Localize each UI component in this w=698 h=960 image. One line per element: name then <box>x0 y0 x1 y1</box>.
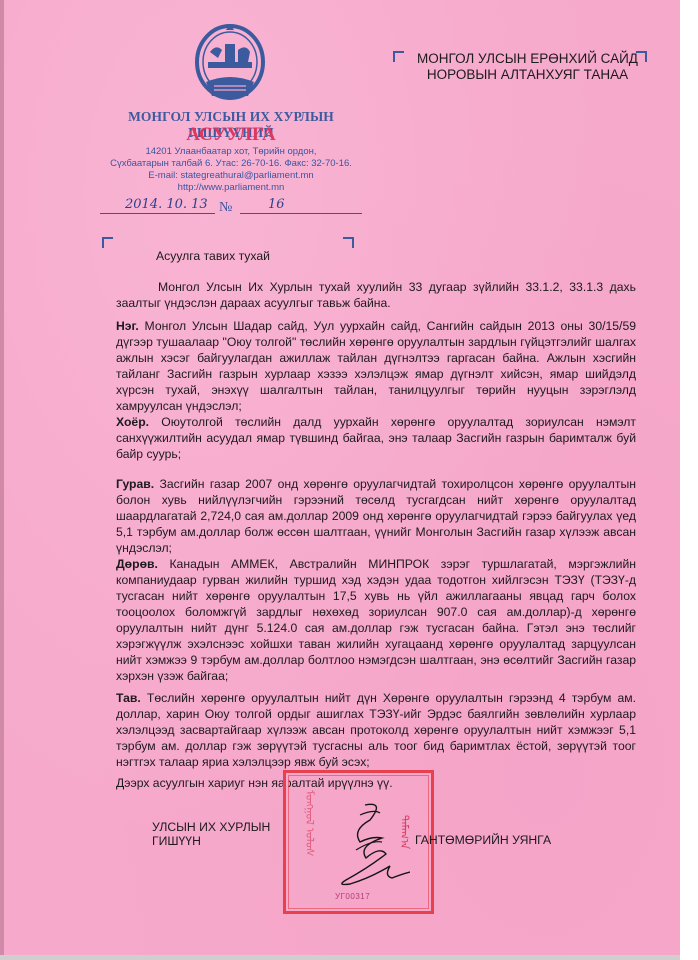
document-page: МОНГОЛ УЛСЫН ИХ ХУРЛЫН ГИШҮҮНИЙ АСУУЛГА … <box>0 0 680 958</box>
page-bottom-edge <box>0 955 680 960</box>
question-label: Гурав. <box>116 477 154 491</box>
question-label: Нэг. <box>116 319 139 333</box>
email-line: E-mail: stategreathural@parliament.mn <box>96 170 366 182</box>
document-type-title: АСУУЛГА <box>96 124 366 146</box>
addressee-title: МОНГОЛ УЛСЫН ЕРӨНХИЙ САЙД <box>405 51 650 67</box>
question-label: Хоёр. <box>116 415 149 429</box>
question-text: Засгийн газар 2007 онд хөрөнгө оруулагчи… <box>116 477 636 555</box>
question-text: Оюутолгой төслийн далд уурхайн хөрөнгө о… <box>116 415 636 461</box>
subject-line: Асуулга тавих тухай <box>156 249 270 263</box>
addressee-bracket-left <box>393 51 404 62</box>
state-emblem-icon <box>192 22 268 102</box>
question-paragraph: Дөрөв. Канадын АММЕК, Австралийн МИНПРОК… <box>116 556 636 684</box>
number-sign: № <box>219 200 232 216</box>
address-line-2: Сүхбаатарын талбай 6. Утас: 26-70-16. Фа… <box>96 158 366 170</box>
date-underline <box>100 213 215 214</box>
handwritten-date: 2014. 10. 13 <box>125 197 208 212</box>
signer-name: ГАНТӨМӨРИЙН УЯНГА <box>415 833 551 847</box>
signer-title-line-2: ГИШҮҮН <box>152 834 270 848</box>
handwritten-number: 16 <box>268 197 285 212</box>
subject-bracket-right <box>343 237 354 248</box>
question-paragraph: Нэг. Монгол Улсын Шадар сайд, Уул уурхай… <box>116 318 636 414</box>
page-edge-shadow <box>0 0 4 958</box>
subject-bracket-left <box>102 237 113 248</box>
addressee: МОНГОЛ УЛСЫН ЕРӨНХИЙ САЙД НОРОВЫН АЛТАНХ… <box>405 51 650 83</box>
question-label: Тав. <box>116 691 141 705</box>
question-text: Монгол Улсын Шадар сайд, Уул уурхайн сай… <box>116 319 636 413</box>
question-paragraph: Тав. Төслийн хөрөнгө оруулалтын нийт дүн… <box>116 690 636 770</box>
question-paragraph: Хоёр. Оюутолгой төслийн далд уурхайн хөр… <box>116 414 636 462</box>
handwritten-signature <box>320 800 410 900</box>
signer-title: УЛСЫН ИХ ХУРЛЫН ГИШҮҮН <box>152 820 270 848</box>
website-line: http://www.parliament.mn <box>96 182 366 194</box>
stamp-mongolian-script: ᠮᠣᠩᠭᠣᠯ ᠤᠯᠤᠰ <box>300 790 319 857</box>
number-underline <box>240 213 362 214</box>
addressee-name: НОРОВЫН АЛТАНХУЯГ ТАНАА <box>405 67 650 83</box>
question-text: Канадын АММЕК, Австралийн МИНПРОК зэрэг … <box>116 557 636 683</box>
intro-paragraph: Монгол Улсын Их Хурлын тухай хуулийн 33 … <box>116 279 636 311</box>
address-line-1: 14201 Улаанбаатар хот, Төрийн ордон, <box>96 146 366 158</box>
question-text: Төслийн хөрөнгө оруулалтын нийт дүн Хөрө… <box>116 691 636 769</box>
signer-title-line-1: УЛСЫН ИХ ХУРЛЫН <box>152 820 270 834</box>
question-paragraph: Гурав. Засгийн газар 2007 онд хөрөнгө ор… <box>116 476 636 556</box>
question-label: Дөрөв. <box>116 557 158 571</box>
